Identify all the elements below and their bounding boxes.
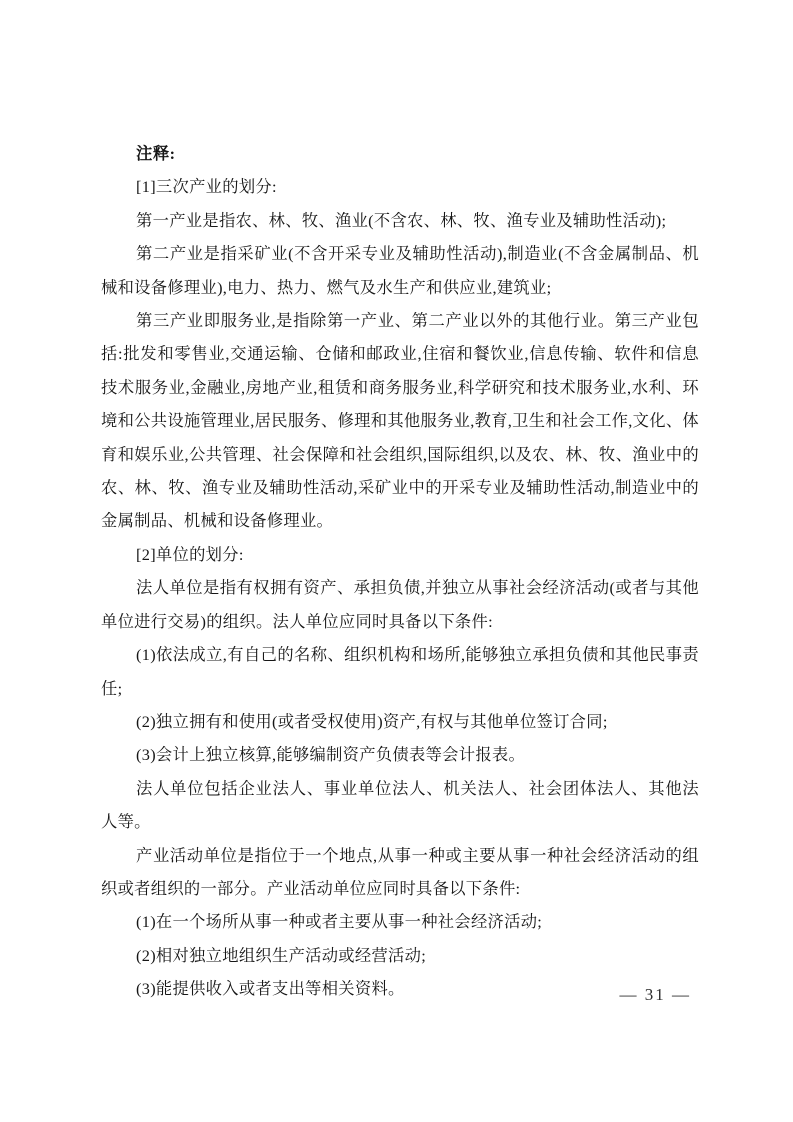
paragraph-legal-entity-types: 法人单位包括企业法人、事业单位法人、机关法人、社会团体法人、其他法人等。 xyxy=(101,772,699,839)
paragraph-legal-entity-condition-3: (3)会计上独立核算,能够编制资产负债表等会计报表。 xyxy=(101,738,699,771)
paragraph-legal-entity-condition-2: (2)独立拥有和使用(或者受权使用)资产,有权与其他单位签订合同; xyxy=(101,705,699,738)
paragraph-industry-division-title: [1]三次产业的划分: xyxy=(101,170,699,203)
paragraph-legal-entity-definition: 法人单位是指有权拥有资产、承担负债,并独立从事社会经济活动(或者与其他单位进行交… xyxy=(101,571,699,638)
paragraph-secondary-industry: 第二产业是指采矿业(不含开采专业及辅助性活动),制造业(不含金属制品、机械和设备… xyxy=(101,237,699,304)
notes-heading: 注释: xyxy=(101,137,699,170)
paragraph-activity-unit-definition: 产业活动单位是指位于一个地点,从事一种或主要从事一种社会经济活动的组织或者组织的… xyxy=(101,839,699,906)
paragraph-activity-unit-condition-3: (3)能提供收入或者支出等相关资料。 xyxy=(101,972,699,1005)
page-number: — 31 — xyxy=(620,984,692,1006)
paragraph-tertiary-industry: 第三产业即服务业,是指除第一产业、第二产业以外的其他行业。第三产业包括:批发和零… xyxy=(101,304,699,538)
paragraph-legal-entity-condition-1: (1)依法成立,有自己的名称、组织机构和场所,能够独立承担负债和其他民事责任; xyxy=(101,638,699,705)
paragraph-primary-industry: 第一产业是指农、林、牧、渔业(不含农、林、牧、渔专业及辅助性活动); xyxy=(101,204,699,237)
paragraph-activity-unit-condition-1: (1)在一个场所从事一种或者主要从事一种社会经济活动; xyxy=(101,905,699,938)
document-page: 注释: [1]三次产业的划分: 第一产业是指农、林、牧、渔业(不含农、林、牧、渔… xyxy=(0,0,793,1122)
paragraph-unit-division-title: [2]单位的划分: xyxy=(101,538,699,571)
notes-section: 注释: [1]三次产业的划分: 第一产业是指农、林、牧、渔业(不含农、林、牧、渔… xyxy=(101,137,699,1006)
paragraph-activity-unit-condition-2: (2)相对独立地组织生产活动或经营活动; xyxy=(101,939,699,972)
